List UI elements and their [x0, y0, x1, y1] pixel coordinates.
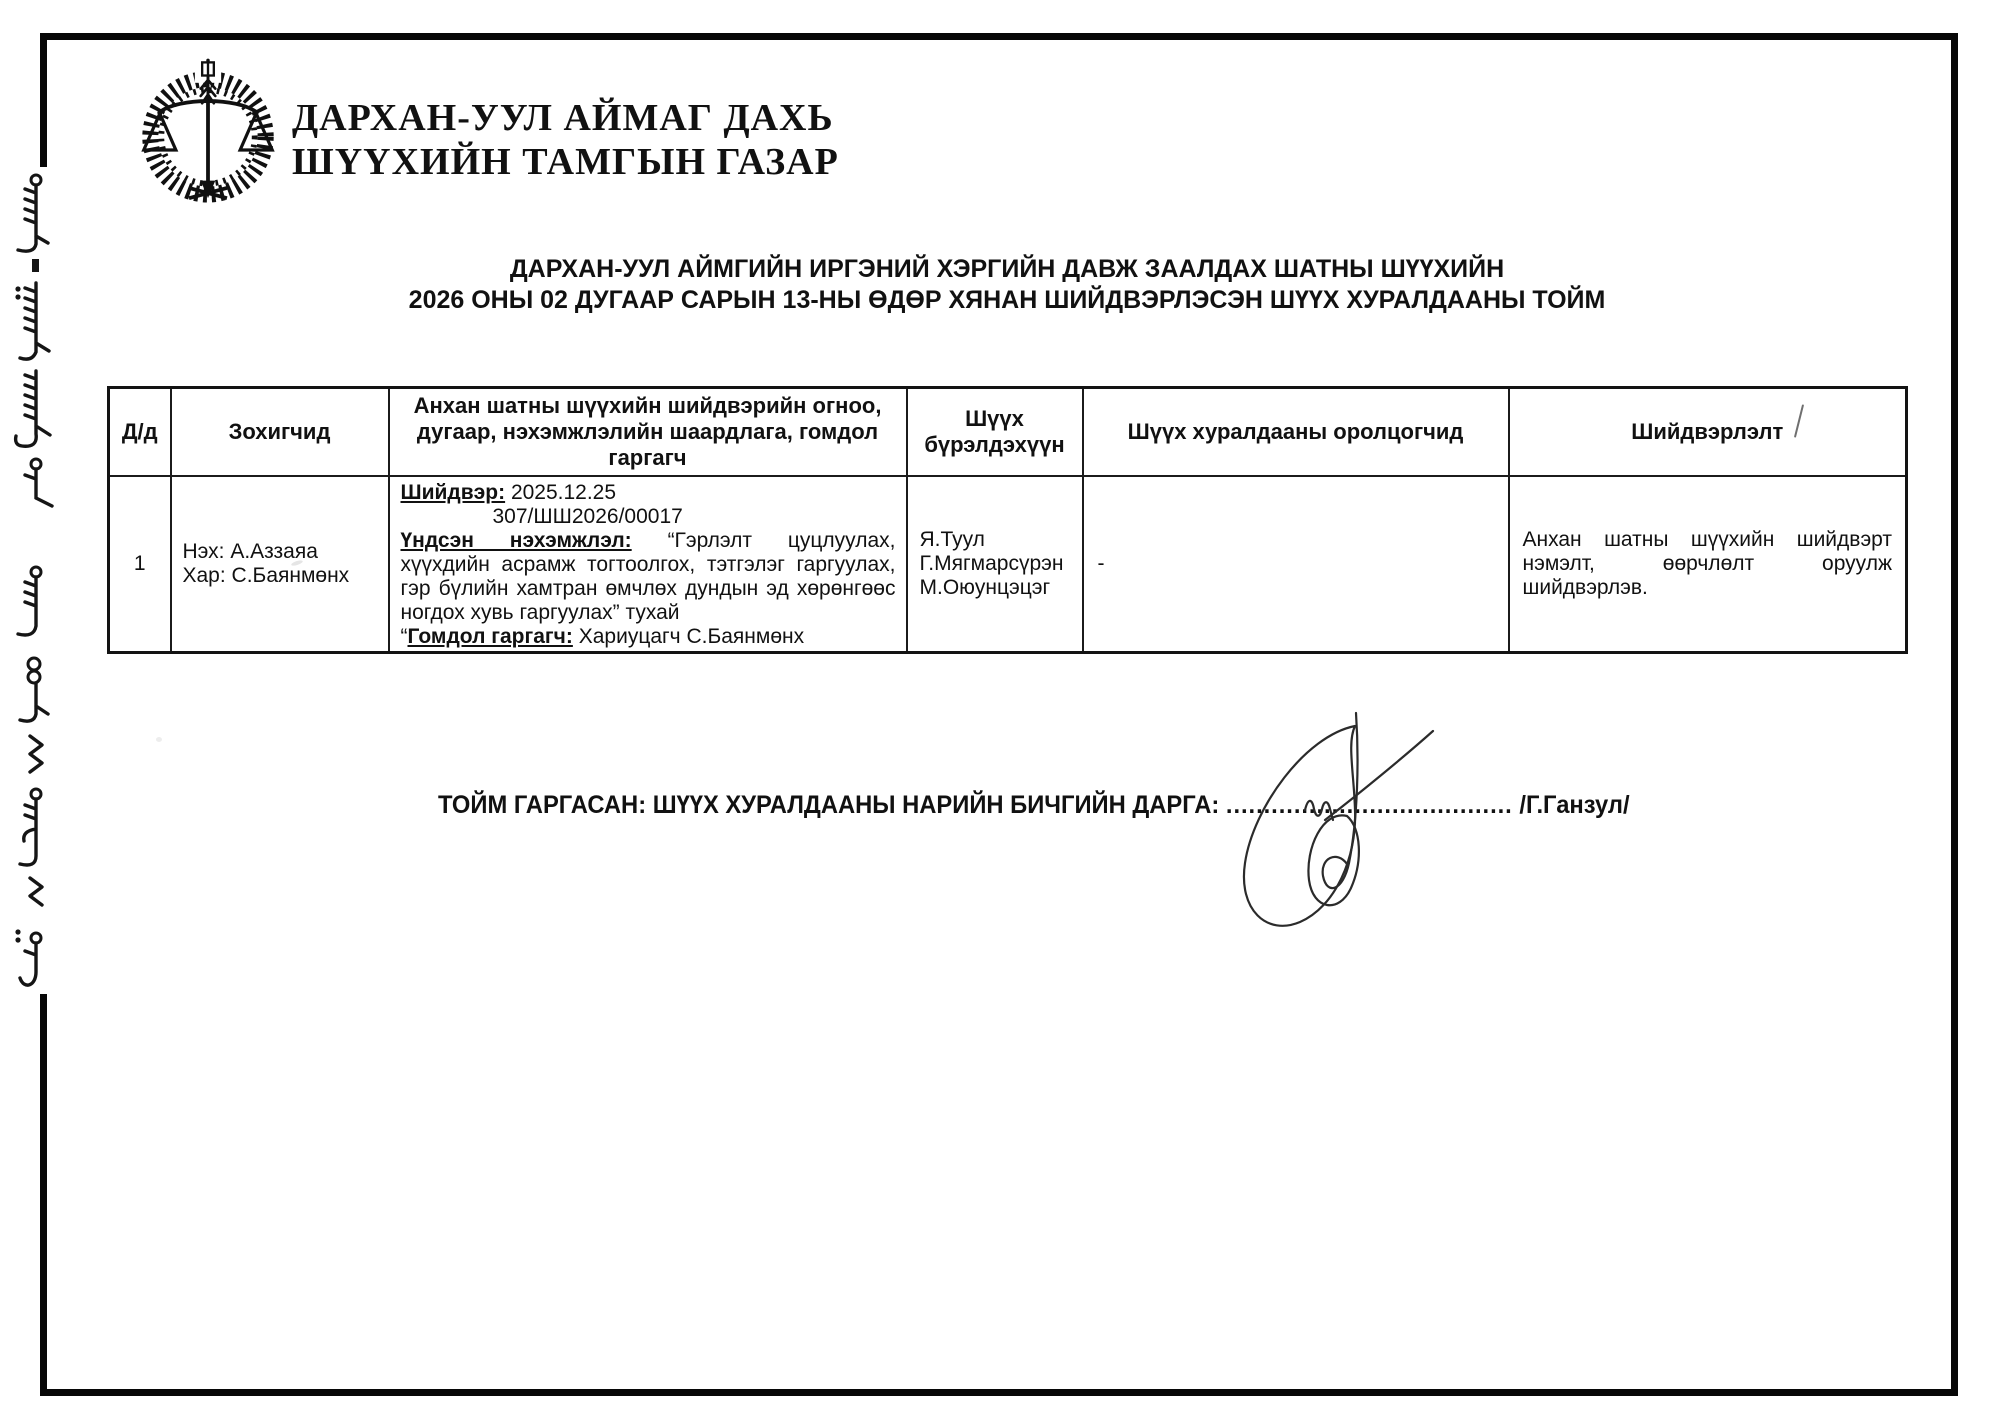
document-title: ДАРХАН-УУЛ АЙМГИЙН ИРГЭНИЙ ХЭРГИЙН ДАВЖ … — [107, 254, 1907, 316]
cell-judge-panel: Я.Туул Г.Мягмарсүрэн М.Оюунцэцэг — [907, 476, 1083, 653]
decision-date: 2025.12.25 — [511, 481, 616, 504]
header-panel: Шүүх бүрэлдэхүүн — [907, 388, 1083, 477]
frame-border-left-upper — [40, 33, 47, 167]
header-decision: Анхан шатны шүүхийн шийдвэрийн огноо, ду… — [389, 388, 907, 477]
frame-border-top — [40, 33, 1958, 40]
org-name-line2: ШҮҮХИЙН ТАМГЫН ГАЗАР — [292, 140, 839, 184]
header-resolution: Шийдвэрлэлт — [1509, 388, 1907, 477]
cell-participants: - — [1083, 476, 1509, 653]
claim-paragraph: Үндсэн нэхэмжлэл: “Гэрлэлт цуцлуулах, хү… — [401, 529, 896, 625]
cell-case-number: 1 — [109, 476, 171, 653]
scan-smudge — [156, 737, 162, 742]
header-number: Д/д — [109, 388, 171, 477]
header-participants: Шүүх хуралдааны оролцогчид — [1083, 388, 1509, 477]
cell-parties: Нэх: А.Аззаяа Хар: С.Баянмөнх — [171, 476, 389, 653]
complaint-text: Хариуцагч С.Баянмөнх — [579, 625, 804, 648]
cell-decision-claim: Шийдвэр: 2025.12.25 307/ШШ2026/00017 Үнд… — [389, 476, 907, 653]
complaint-quote: “ — [401, 625, 408, 648]
frame-border-right — [1951, 33, 1958, 1396]
claim-label: Үндсэн нэхэмжлэл: — [401, 529, 632, 552]
judge-name: Я.Туул — [920, 528, 1081, 552]
document-title-line2: 2026 ОНЫ 02 ДУГААР САРЫН 13-НЫ ӨДӨР ХЯНА… — [107, 285, 1907, 316]
mongolian-vertical-script-icon — [6, 166, 60, 996]
scales-of-justice-emblem-icon — [135, 57, 281, 205]
handwritten-signature-icon — [1205, 698, 1455, 948]
scanned-court-document: { "doc": { "org": { "line1": "ДАРХАН-УУЛ… — [0, 0, 2000, 1414]
complaint-label: Гомдол гаргагч: — [408, 625, 573, 648]
judge-name: Г.Мягмарсүрэн — [920, 552, 1081, 576]
decision-label: Шийдвэр: — [401, 481, 506, 504]
table-header-row: Д/д Зохигчид Анхан шатны шүүхийн шийдвэр… — [109, 388, 1907, 477]
signature-caption-text: ТОЙМ ГАРГАСАН: ШҮҮХ ХУРАЛДААНЫ НАРИЙН БИ… — [438, 791, 1219, 819]
header-parties: Зохигчид — [171, 388, 389, 477]
org-name: ДАРХАН-УУЛ АЙМАГ ДАХЬ ШҮҮХИЙН ТАМГЫН ГАЗ… — [292, 96, 839, 184]
signer-name: /Г.Ганзул/ — [1519, 791, 1629, 819]
court-session-summary-table: Д/д Зохигчид Анхан шатны шүүхийн шийдвэр… — [107, 386, 1908, 654]
resolution-text: Анхан шатны шүүхийн шийдвэрт нэмэлт, өөр… — [1523, 528, 1893, 600]
cell-resolution: Анхан шатны шүүхийн шийдвэрт нэмэлт, өөр… — [1509, 476, 1907, 653]
decision-line: Шийдвэр: 2025.12.25 — [401, 481, 896, 505]
plaintiff: Нэх: А.Аззаяа — [183, 540, 387, 564]
defendant: Хар: С.Баянмөнх — [183, 564, 387, 588]
document-title-line1: ДАРХАН-УУЛ АЙМГИЙН ИРГЭНИЙ ХЭРГИЙН ДАВЖ … — [107, 254, 1907, 285]
table-row: 1 Нэх: А.Аззаяа Хар: С.Баянмөнх Шийдвэр:… — [109, 476, 1907, 653]
complaint-line: “Гомдол гаргагч: Хариуцагч С.Баянмөнх — [401, 625, 896, 649]
decision-number: 307/ШШ2026/00017 — [401, 505, 896, 529]
judge-name: М.Оюунцэцэг — [920, 576, 1081, 600]
org-name-line1: ДАРХАН-УУЛ АЙМАГ ДАХЬ — [292, 96, 839, 140]
frame-border-left-lower — [40, 994, 47, 1396]
frame-border-bottom — [40, 1389, 1958, 1396]
